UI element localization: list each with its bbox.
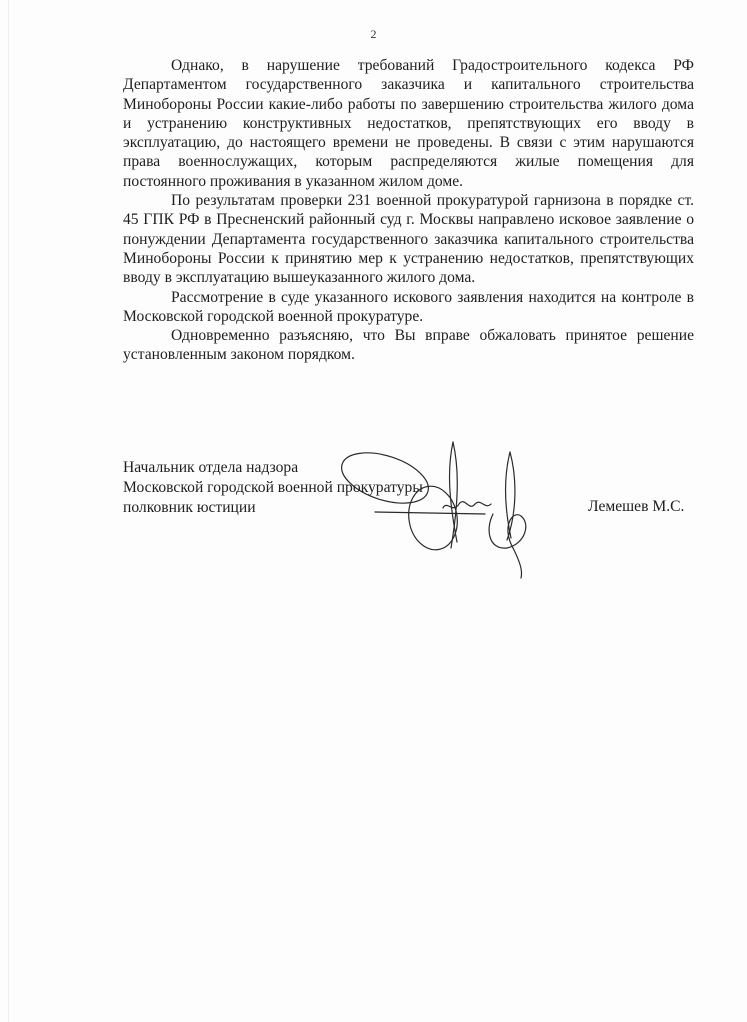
paragraph-violation: Однако, в нарушение требований Градостро… [123, 56, 694, 191]
signer-name: Лемешев М.С. [588, 498, 684, 516]
document-page: 2 Однако, в нарушение требований Градост… [0, 0, 747, 1022]
paragraph-appeal-rights: Одновременно разъясняю, что Вы вправе об… [123, 326, 694, 365]
scan-edge [8, 0, 9, 1022]
letter-body: Однако, в нарушение требований Градостро… [123, 56, 694, 365]
page-number: 2 [0, 27, 747, 42]
paragraph-court-control: Рассмотрение в суде указанного искового … [123, 288, 694, 327]
handwritten-signature-icon [335, 430, 535, 580]
paragraph-inspection-results: По результатам проверки 231 военной прок… [123, 191, 694, 287]
